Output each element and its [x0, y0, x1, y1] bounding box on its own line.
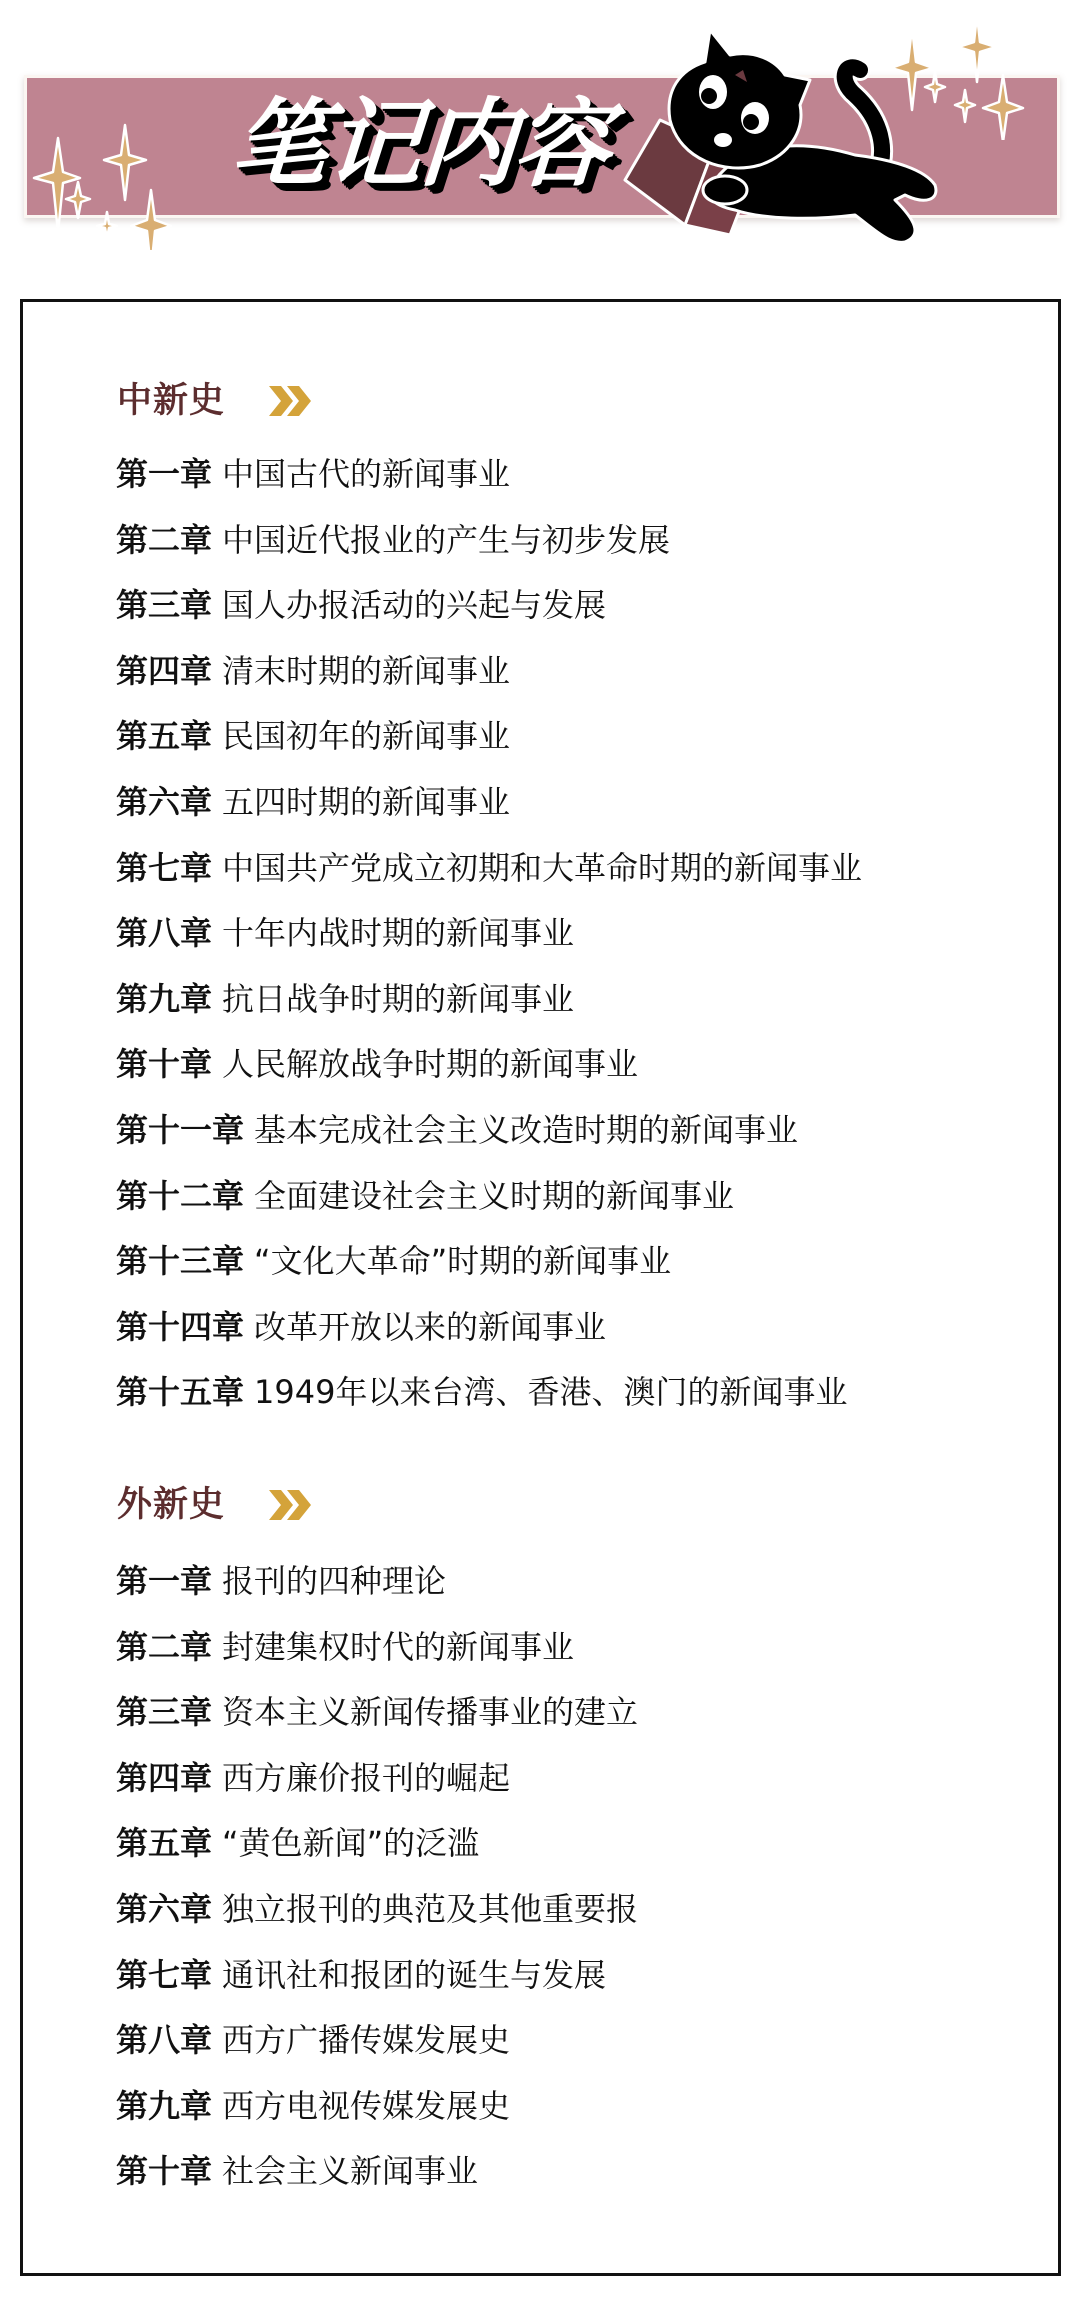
chapter-number: 第五章	[116, 717, 212, 755]
section-heading-label: 外新史	[117, 1485, 225, 1525]
chapter-title: 国人办报活动的兴起与发展	[222, 586, 606, 624]
chapter-item: 第九章抗日战争时期的新闻事业	[116, 967, 862, 1033]
chapter-title: 全面建设社会主义时期的新闻事业	[254, 1177, 734, 1215]
chapter-item: 第一章中国古代的新闻事业	[116, 442, 862, 508]
chapter-number: 第八章	[116, 914, 212, 952]
chapter-number: 第十章	[116, 2152, 212, 2190]
chapter-number: 第四章	[116, 652, 212, 690]
section-heading-foreign-journalism-history: 外新史	[117, 1485, 315, 1525]
chapter-item: 第十四章改革开放以来的新闻事业	[116, 1295, 862, 1361]
chapter-item: 第五章民国初年的新闻事业	[116, 704, 862, 770]
chapter-number: 第九章	[116, 2087, 212, 2125]
chapter-title: 西方广播传媒发展史	[222, 2021, 510, 2059]
chapter-title: 中国共产党成立初期和大革命时期的新闻事业	[222, 849, 862, 887]
chapter-title: 中国古代的新闻事业	[222, 455, 510, 493]
chapter-title: 十年内战时期的新闻事业	[222, 914, 574, 952]
chapter-number: 第三章	[116, 586, 212, 624]
chapter-item: 第九章西方电视传媒发展史	[116, 2074, 638, 2140]
chapter-item: 第四章西方廉价报刊的崛起	[116, 1746, 638, 1812]
sparkles-icon	[885, 10, 1045, 140]
chapter-number: 第一章	[116, 1562, 212, 1600]
chapter-title: 西方电视传媒发展史	[222, 2087, 510, 2125]
chapter-number: 第八章	[116, 2021, 212, 2059]
chapter-title: 改革开放以来的新闻事业	[254, 1308, 606, 1346]
chapter-number: 第六章	[116, 1890, 212, 1928]
chapter-item: 第三章国人办报活动的兴起与发展	[116, 573, 862, 639]
chapter-title: “文化大革命”时期的新闻事业	[254, 1242, 671, 1280]
chapter-title: 独立报刊的典范及其他重要报	[222, 1890, 638, 1928]
sparkles-icon	[20, 120, 180, 250]
chapter-title: 1949年以来台湾、香港、澳门的新闻事业	[254, 1373, 847, 1411]
chapter-item: 第一章报刊的四种理论	[116, 1549, 638, 1615]
chapter-title: “黄色新闻”的泛滥	[222, 1824, 479, 1862]
chapter-number: 第三章	[116, 1693, 212, 1731]
chapter-number: 第十三章	[116, 1242, 244, 1280]
chapter-item: 第二章中国近代报业的产生与初步发展	[116, 508, 862, 574]
chapter-list-foreign: 第一章报刊的四种理论 第二章封建集权时代的新闻事业 第三章资本主义新闻传播事业的…	[116, 1549, 638, 2205]
chapter-title: 人民解放战争时期的新闻事业	[222, 1045, 638, 1083]
chapter-number: 第六章	[116, 783, 212, 821]
chapter-number: 第七章	[116, 1956, 212, 1994]
chapter-item: 第十一章基本完成社会主义改造时期的新闻事业	[116, 1098, 862, 1164]
chapter-number: 第十一章	[116, 1111, 244, 1149]
double-chevron-right-icon	[267, 384, 315, 418]
chapter-number: 第四章	[116, 1759, 212, 1797]
chapter-item: 第八章西方广播传媒发展史	[116, 2008, 638, 2074]
chapter-title: 清末时期的新闻事业	[222, 652, 510, 690]
chapter-title: 五四时期的新闻事业	[222, 783, 510, 821]
chapter-title: 民国初年的新闻事业	[222, 717, 510, 755]
chapter-item: 第三章资本主义新闻传播事业的建立	[116, 1680, 638, 1746]
section-heading-label: 中新史	[117, 381, 225, 421]
chapter-title: 中国近代报业的产生与初步发展	[222, 521, 670, 559]
chapter-item: 第八章十年内战时期的新闻事业	[116, 901, 862, 967]
chapter-item: 第六章五四时期的新闻事业	[116, 770, 862, 836]
chapter-item: 第七章通讯社和报团的诞生与发展	[116, 1943, 638, 2009]
chapter-title: 通讯社和报团的诞生与发展	[222, 1956, 606, 1994]
chapter-item: 第十五章1949年以来台湾、香港、澳门的新闻事业	[116, 1360, 862, 1426]
chapter-item: 第七章中国共产党成立初期和大革命时期的新闻事业	[116, 836, 862, 902]
chapter-title: 资本主义新闻传播事业的建立	[222, 1693, 638, 1731]
chapter-number: 第十章	[116, 1045, 212, 1083]
chapter-item: 第二章封建集权时代的新闻事业	[116, 1615, 638, 1681]
chapter-number: 第一章	[116, 455, 212, 493]
chapter-title: 西方廉价报刊的崛起	[222, 1759, 510, 1797]
chapter-title: 抗日战争时期的新闻事业	[222, 980, 574, 1018]
chapter-item: 第四章清末时期的新闻事业	[116, 639, 862, 705]
chapter-title: 基本完成社会主义改造时期的新闻事业	[254, 1111, 798, 1149]
chapter-item: 第十三章“文化大革命”时期的新闻事业	[116, 1229, 862, 1295]
chapter-title: 社会主义新闻事业	[222, 2152, 478, 2190]
chapter-title: 报刊的四种理论	[222, 1562, 446, 1600]
chapter-number: 第十五章	[116, 1373, 244, 1411]
chapter-item: 第五章“黄色新闻”的泛滥	[116, 1811, 638, 1877]
chapter-number: 第十四章	[116, 1308, 244, 1346]
chapter-item: 第十章社会主义新闻事业	[116, 2139, 638, 2205]
banner-title: 笔记内容	[228, 82, 613, 206]
chapter-item: 第十二章全面建设社会主义时期的新闻事业	[116, 1164, 862, 1230]
chapter-list-chinese: 第一章中国古代的新闻事业 第二章中国近代报业的产生与初步发展 第三章国人办报活动…	[116, 442, 862, 1426]
chapter-title: 封建集权时代的新闻事业	[222, 1628, 574, 1666]
chapter-number: 第二章	[116, 521, 212, 559]
chapter-number: 第九章	[116, 980, 212, 1018]
chapter-number: 第七章	[116, 849, 212, 887]
section-heading-chinese-journalism-history: 中新史	[117, 381, 315, 421]
double-chevron-right-icon	[267, 1488, 315, 1522]
chapter-number: 第十二章	[116, 1177, 244, 1215]
chapter-number: 第五章	[116, 1824, 212, 1862]
chapter-number: 第二章	[116, 1628, 212, 1666]
chapter-item: 第六章独立报刊的典范及其他重要报	[116, 1877, 638, 1943]
chapter-item: 第十章人民解放战争时期的新闻事业	[116, 1032, 862, 1098]
